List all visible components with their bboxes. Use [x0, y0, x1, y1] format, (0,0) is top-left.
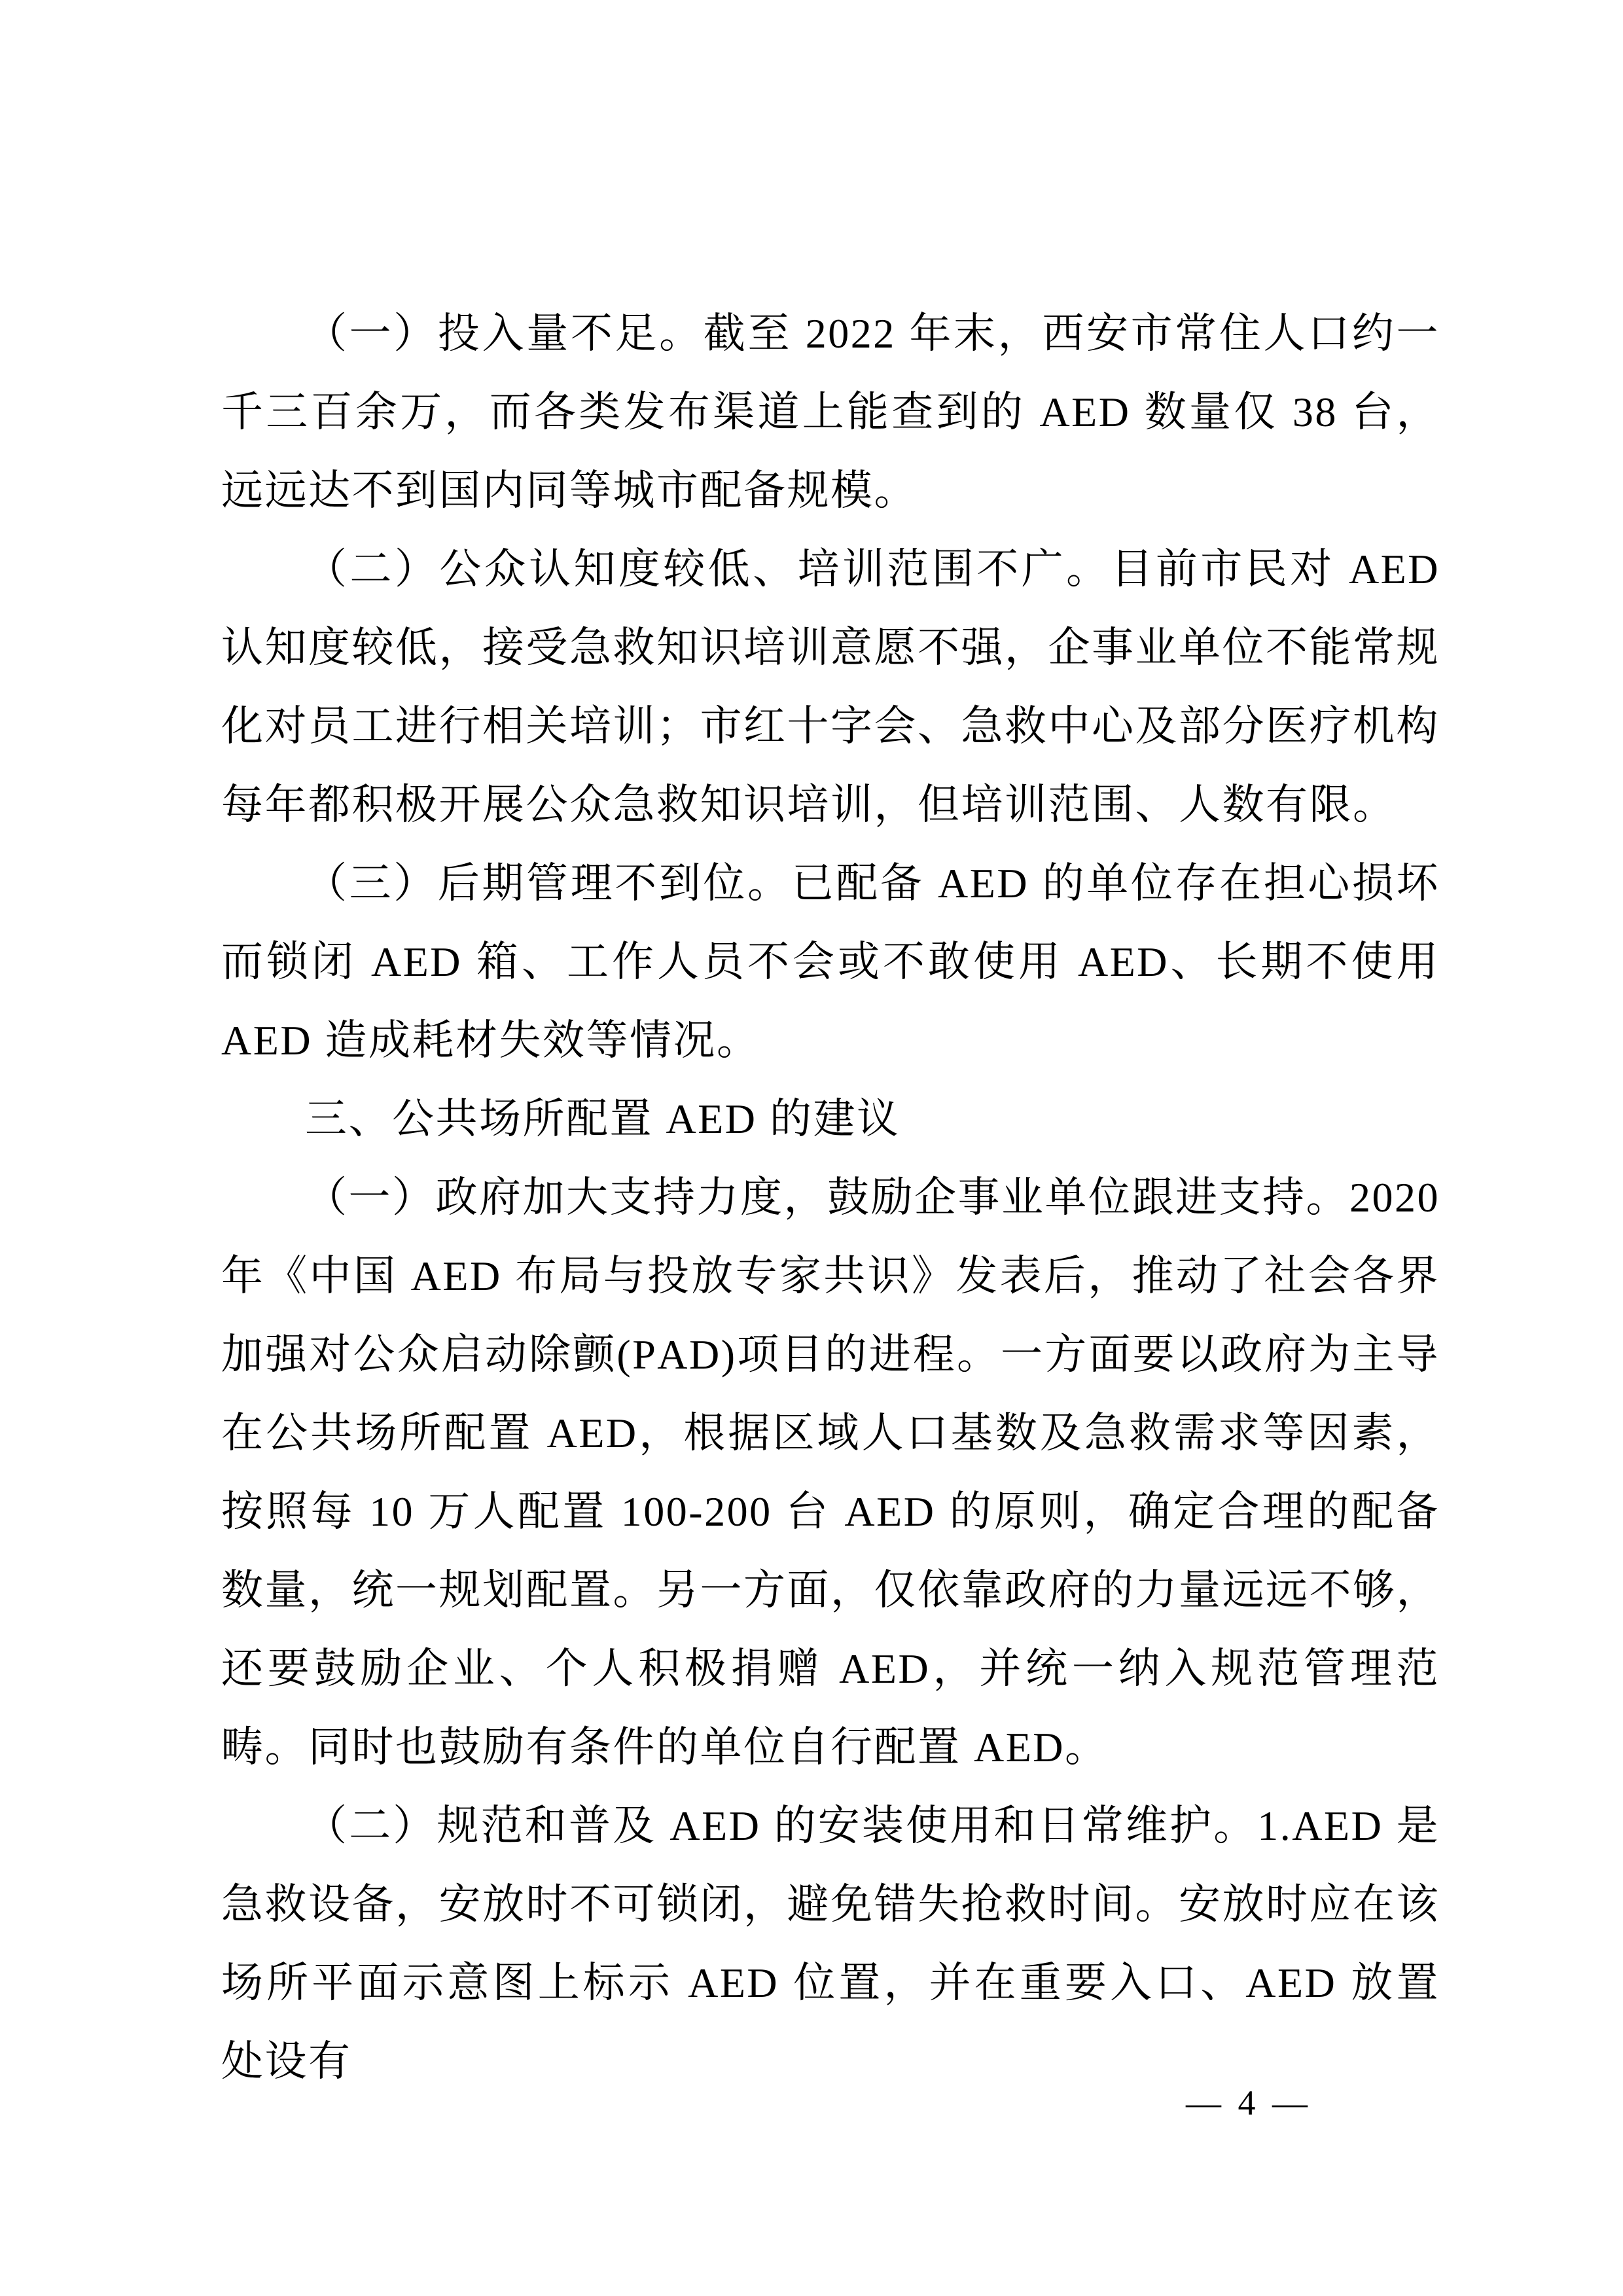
- body-paragraph-2: （二）公众认知度较低、培训范围不广。目前市民对 AED 认知度较低，接受急救知识…: [221, 530, 1440, 844]
- body-paragraph-5: （二）规范和普及 AED 的安装使用和日常维护。1.AED 是急救设备，安放时不…: [221, 1787, 1440, 2101]
- page-number: — 4 —: [1186, 2083, 1311, 2123]
- body-paragraph-3: （三）后期管理不到位。已配备 AED 的单位存在担心损坏而锁闭 AED 箱、工作…: [221, 844, 1440, 1080]
- body-paragraph-4: （一）政府加大支持力度，鼓励企事业单位跟进支持。2020 年《中国 AED 布局…: [221, 1158, 1440, 1787]
- document-page: （一）投入量不足。截至 2022 年末，西安市常住人口约一千三百余万，而各类发布…: [0, 0, 1623, 2296]
- body-paragraph-1: （一）投入量不足。截至 2022 年末，西安市常住人口约一千三百余万，而各类发布…: [221, 295, 1440, 530]
- section-heading: 三、公共场所配置 AED 的建议: [221, 1080, 1440, 1158]
- document-body: （一）投入量不足。截至 2022 年末，西安市常住人口约一千三百余万，而各类发布…: [221, 295, 1440, 2101]
